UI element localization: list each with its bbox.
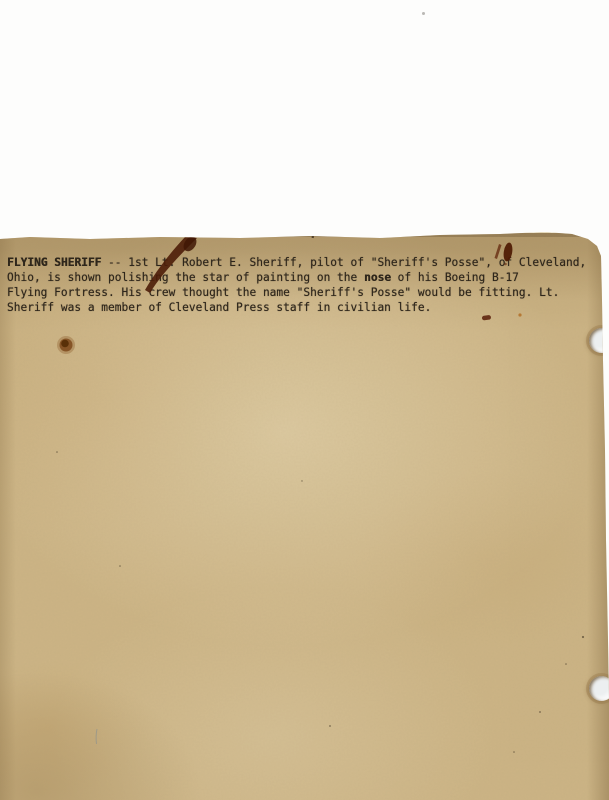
caption-line-1: FLYING SHERIFF -- 1st Lt. Robert E. Sher… [7,255,605,270]
caption-line-4: Sheriff was a member of Cleveland Press … [7,300,605,315]
stain-spot-mark [57,336,75,354]
paper-right-edge-shading [587,230,609,800]
dust-speck [422,12,425,15]
caption-line-2: Ohio, is shown polishing the star of pai… [7,270,605,285]
caption-text-block: FLYING SHERIFF -- 1st Lt. Robert E. Sher… [7,255,605,315]
paper-left-edge-shading [0,236,16,800]
thread-mark [96,729,97,744]
edge-tick-mark [312,231,315,238]
paper-page: FLYING SHERIFF -- 1st Lt. Robert E. Sher… [0,0,609,800]
ink-marks-layer [0,0,609,800]
ink-dash-mark [482,315,491,321]
caption-line-3: Flying Fortress. His crew thought the na… [7,285,605,300]
paper-specks [56,277,584,753]
caption-heading: FLYING SHERIFF [7,256,101,269]
hole-punch-bottom [589,676,609,701]
caption-bold-word: nose [364,271,391,284]
paper-grain-texture [0,0,609,800]
hole-punch-top [589,328,609,353]
scanner-background: FLYING SHERIFF -- 1st Lt. Robert E. Sher… [0,0,609,800]
